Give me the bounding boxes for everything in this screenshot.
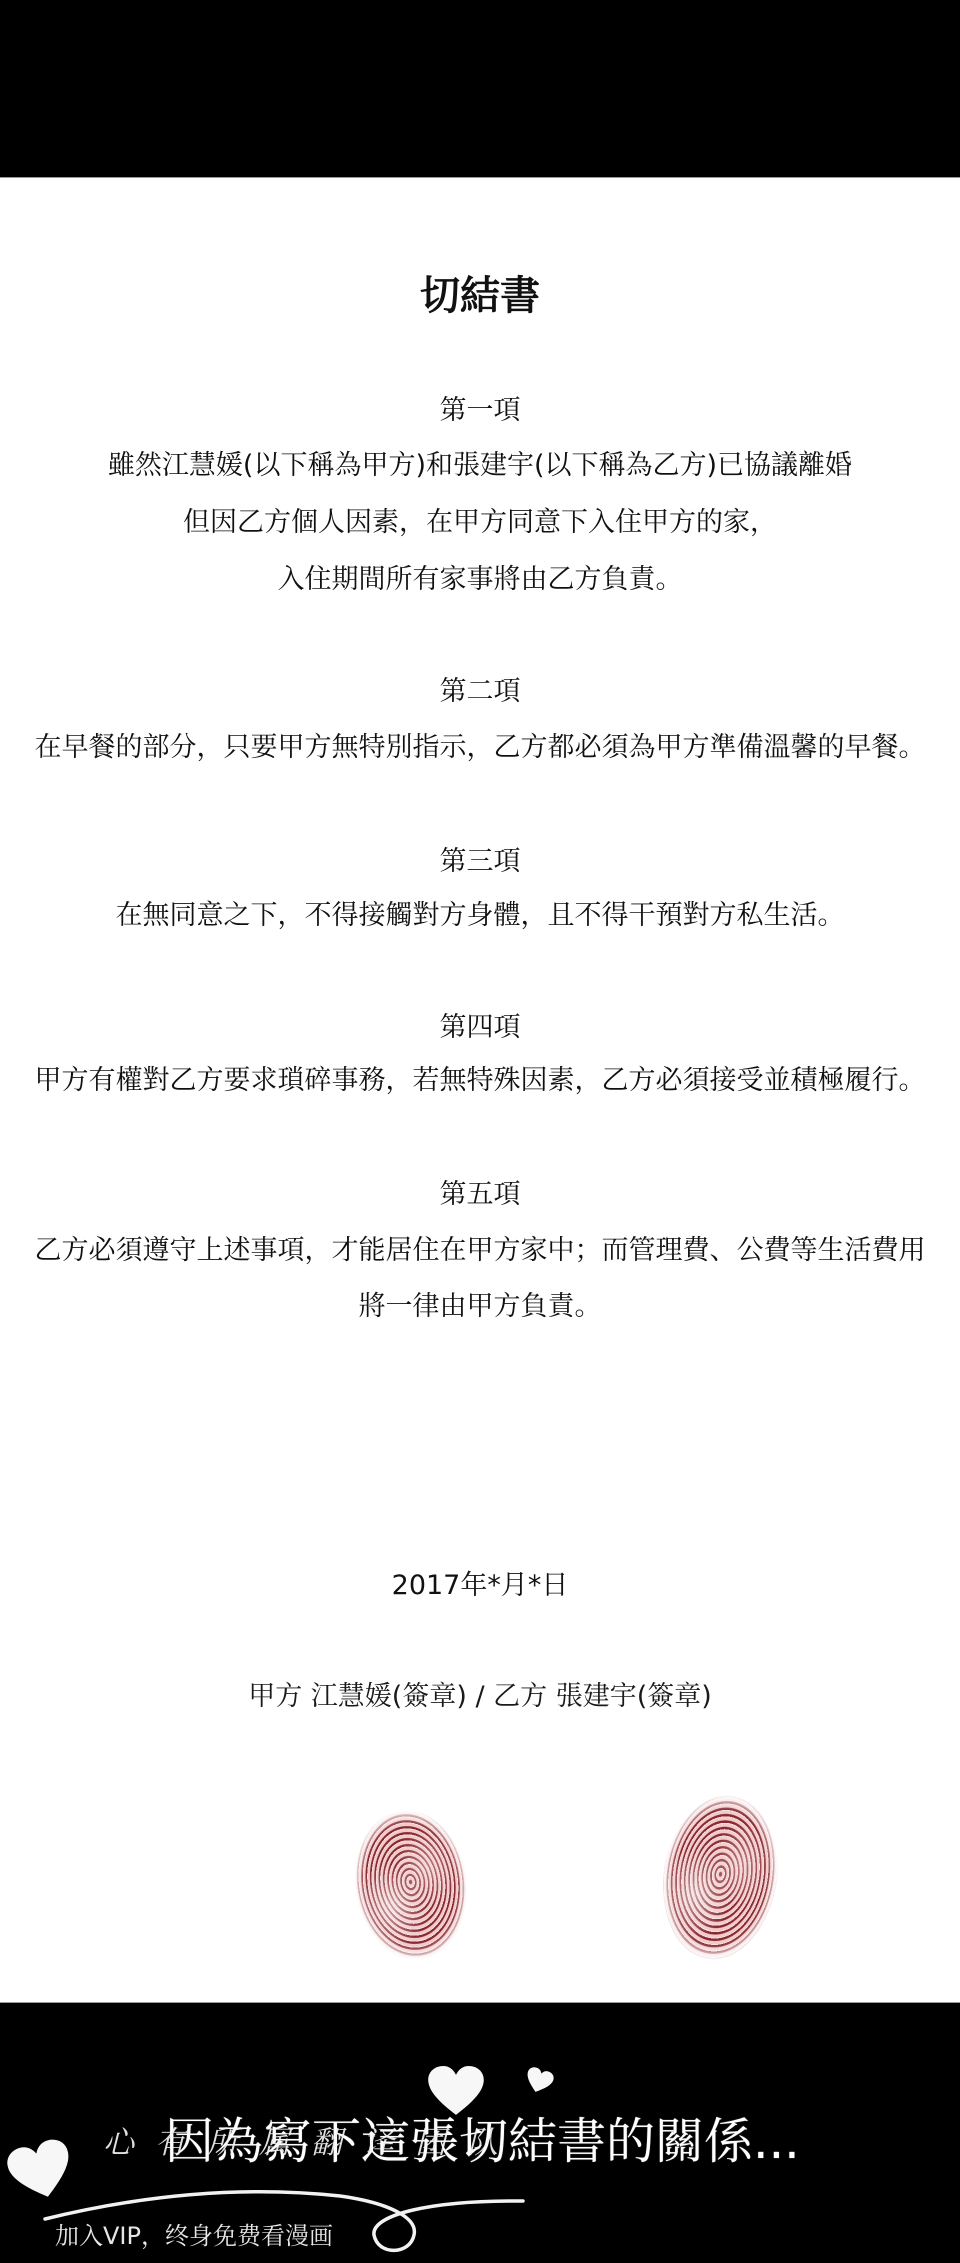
section-text-line: 甲方有權對乙方要求瑣碎事務，若無特殊因素，乙方必須接受並積極履行。 bbox=[0, 1053, 960, 1109]
section-heading: 第二項 bbox=[0, 664, 960, 720]
fingerprint-icon bbox=[651, 1787, 789, 1968]
section-text-line: 但因乙方個人因素，在甲方同意下入住甲方的家， bbox=[0, 495, 960, 551]
heart-icon bbox=[427, 2066, 485, 2116]
section-heading: 第三項 bbox=[0, 834, 960, 890]
section-text-line: 在無同意之下，不得接觸對方身體，且不得干預對方私生活。 bbox=[0, 888, 960, 944]
section-heading: 第四項 bbox=[0, 1000, 960, 1056]
section-text-line: 雖然江慧媛(以下稱為甲方)和張建宇(以下稱為乙方)已協議離婚 bbox=[0, 438, 960, 494]
section-text-line: 在早餐的部分，只要甲方無特別指示，乙方都必須為甲方準備溫馨的早餐。 bbox=[0, 720, 960, 776]
section-text-line: 入住期間所有家事將由乙方負責。 bbox=[0, 552, 960, 608]
translation-team-watermark: 心有所属翻译团队 bbox=[103, 2121, 519, 2165]
affidavit-document: 切結書 第一項 雖然江慧媛(以下稱為甲方)和張建宇(以下稱為乙方)已協議離婚 但… bbox=[0, 0, 960, 2002]
signature-line: 甲方 江慧媛(簽章) / 乙方 張建宇(簽章) bbox=[0, 1669, 960, 1725]
document-date: 2017年*月*日 bbox=[0, 1558, 960, 1614]
document-title: 切結書 bbox=[0, 268, 960, 324]
section-heading: 第一項 bbox=[0, 383, 960, 439]
section-heading: 第五項 bbox=[0, 1167, 960, 1223]
caption-band: 因為寫下這張切結書的關係... 心有所属翻译团队 加入VIP，终身免费看漫画 bbox=[0, 2002, 960, 2263]
fingerprint-icon bbox=[345, 1803, 477, 1967]
section-text-line: 乙方必須遵守上述事項，才能居住在甲方家中；而管理費、公費等生活費用 bbox=[0, 1223, 960, 1279]
section-text-line: 將一律由甲方負責。 bbox=[0, 1279, 960, 1335]
vip-promo-text: 加入VIP，终身免费看漫画 bbox=[55, 2220, 333, 2252]
